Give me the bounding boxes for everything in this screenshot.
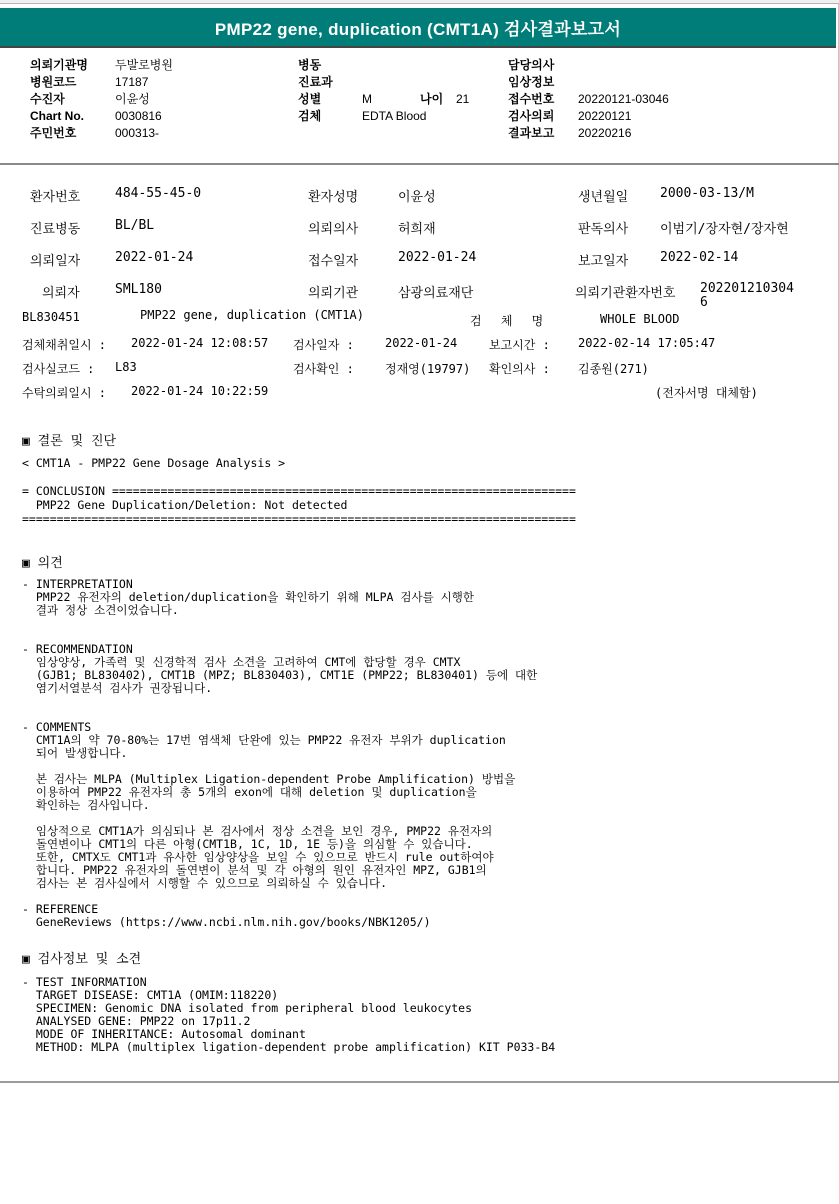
header-col-3: 담당의사 임상정보 접수번호 20220121-03046 검사의뢰 20220… bbox=[508, 56, 669, 141]
chart-no-label: Chart No. bbox=[30, 109, 115, 123]
care-ward-value: BL/BL bbox=[115, 218, 154, 233]
header-row: 검사의뢰 20220121 bbox=[508, 107, 669, 124]
specimen-name-label: 검 체 명 bbox=[470, 312, 549, 329]
header-row: 진료과 bbox=[298, 73, 469, 90]
opinion-body: - INTERPRETATION PMP22 유전자의 deletion/dup… bbox=[22, 578, 537, 929]
test-name: PMP22 gene, duplication (CMT1A) bbox=[140, 308, 364, 322]
report-time-label: 보고시간 : bbox=[489, 336, 550, 353]
lab-code-value: L83 bbox=[115, 360, 137, 374]
examinee-label: 수진자 bbox=[30, 90, 115, 107]
header-row: 담당의사 bbox=[508, 56, 669, 73]
institution-patient-no-label: 의뢰기관환자번호 bbox=[575, 282, 675, 301]
header-row: 병동 bbox=[298, 56, 469, 73]
collected-datetime-label: 검체채취일시 : bbox=[22, 336, 106, 353]
result-report-label: 결과보고 bbox=[508, 124, 578, 141]
top-border-line bbox=[0, 3, 839, 4]
resident-no-value: 000313- bbox=[115, 126, 159, 140]
header-row: 의뢰기관명 두발로병원 bbox=[30, 56, 173, 73]
conclusion-heading: ▣ 결론 및 진단 bbox=[22, 430, 116, 449]
conclusion-body: < CMT1A - PMP22 Gene Dosage Analysis > =… bbox=[22, 456, 576, 526]
test-verifier-label: 검사확인 : bbox=[293, 360, 354, 377]
test-date-value: 2022-01-24 bbox=[385, 336, 457, 350]
clinical-info-label: 임상정보 bbox=[508, 73, 578, 90]
test-code: BL830451 bbox=[22, 310, 80, 324]
header-row: 결과보고 20220216 bbox=[508, 124, 669, 141]
patient-row-4: 의뢰자 SML180 의뢰기관 삼광의료재단 의뢰기관환자번호 20220121… bbox=[0, 282, 839, 300]
bottom-border-line bbox=[0, 1081, 839, 1083]
requesting-institution-label: 의뢰기관 bbox=[308, 282, 358, 301]
sex-label: 성별 bbox=[298, 90, 362, 107]
header-row: 임상정보 bbox=[508, 73, 669, 90]
patient-no-value: 484-55-45-0 bbox=[115, 186, 201, 201]
institution-patient-no-value: 2022012103046 bbox=[700, 282, 795, 310]
specimen-type-value: EDTA Blood bbox=[362, 109, 426, 123]
examinee-value: 이윤성 bbox=[115, 90, 150, 107]
reading-doctor-value: 이범기/장자현/장자현 bbox=[660, 218, 789, 237]
header-row: 주민번호 000313- bbox=[30, 124, 173, 141]
care-ward-label: 진료병동 bbox=[30, 218, 80, 237]
birth-date-value: 2000-03-13/M bbox=[660, 186, 754, 201]
specimen-name-value: WHOLE BLOOD bbox=[600, 312, 679, 326]
ward-label: 병동 bbox=[298, 56, 362, 73]
specimen-type-label: 검체 bbox=[298, 107, 362, 124]
patient-name-label: 환자성명 bbox=[308, 186, 358, 205]
title-bar: PMP22 gene, duplication (CMT1A) 검사결과보고서 bbox=[0, 8, 836, 48]
result-report-value: 20220216 bbox=[578, 126, 631, 140]
hospital-code-value: 17187 bbox=[115, 75, 148, 89]
header-row: 성별 M 나이 21 bbox=[298, 90, 469, 107]
referring-doctor-value: 허희재 bbox=[398, 218, 436, 237]
lab-code-label: 검사실코드 : bbox=[22, 360, 94, 377]
report-date-label: 보고일자 bbox=[578, 250, 628, 269]
requesting-org-value: 두발로병원 bbox=[115, 56, 173, 73]
test-request-label: 검사의뢰 bbox=[508, 107, 578, 124]
request-date-label: 의뢰일자 bbox=[30, 250, 80, 269]
consignment-request-label: 수탁의뢰일시 : bbox=[22, 384, 106, 401]
requester-label: 의뢰자 bbox=[42, 282, 80, 301]
requesting-institution-value: 삼광의료재단 bbox=[398, 282, 473, 301]
test-request-value: 20220121 bbox=[578, 109, 631, 123]
header-row: 검체 EDTA Blood bbox=[298, 107, 469, 124]
receipt-date-label: 접수일자 bbox=[308, 250, 358, 269]
chart-no-value: 0030816 bbox=[115, 109, 162, 123]
attending-doctor-label: 담당의사 bbox=[508, 56, 578, 73]
header-row: Chart No. 0030816 bbox=[30, 107, 173, 124]
hospital-code-label: 병원코드 bbox=[30, 73, 115, 90]
patient-no-label: 환자번호 bbox=[30, 186, 80, 205]
patient-name-value: 이윤성 bbox=[398, 186, 436, 205]
patient-row-1: 환자번호 484-55-45-0 환자성명 이윤성 생년월일 2000-03-1… bbox=[0, 186, 839, 204]
requester-value: SML180 bbox=[115, 282, 162, 297]
header-col-1: 의뢰기관명 두발로병원 병원코드 17187 수진자 이윤성 Chart No.… bbox=[30, 56, 173, 141]
header-row: 수진자 이윤성 bbox=[30, 90, 173, 107]
header-row: 접수번호 20220121-03046 bbox=[508, 90, 669, 107]
test-info-body: - TEST INFORMATION TARGET DISEASE: CMT1A… bbox=[22, 976, 555, 1054]
report-time-value: 2022-02-14 17:05:47 bbox=[578, 336, 715, 350]
patient-row-2: 진료병동 BL/BL 의뢰의사 허희재 판독의사 이범기/장자현/장자현 bbox=[0, 218, 839, 236]
age-label: 나이 bbox=[420, 90, 456, 107]
consignment-request-value: 2022-01-24 10:22:59 bbox=[131, 384, 268, 398]
resident-no-label: 주민번호 bbox=[30, 124, 115, 141]
birth-date-label: 생년월일 bbox=[578, 186, 628, 205]
report-date-value: 2022-02-14 bbox=[660, 250, 738, 265]
department-label: 진료과 bbox=[298, 73, 362, 90]
collected-datetime-value: 2022-01-24 12:08:57 bbox=[131, 336, 268, 350]
header-row: 병원코드 17187 bbox=[30, 73, 173, 90]
header-col-2: 병동 진료과 성별 M 나이 21 검체 EDTA Blood bbox=[298, 56, 469, 124]
reading-doctor-label: 판독의사 bbox=[578, 218, 628, 237]
opinion-heading: ▣ 의견 bbox=[22, 552, 63, 571]
accession-no-value: 20220121-03046 bbox=[578, 92, 669, 106]
request-date-value: 2022-01-24 bbox=[115, 250, 193, 265]
confirming-doctor-value: 김종원(271) bbox=[578, 360, 649, 377]
report-title: PMP22 gene, duplication (CMT1A) 검사결과보고서 bbox=[215, 15, 621, 40]
lab-report-page: PMP22 gene, duplication (CMT1A) 검사결과보고서 … bbox=[0, 0, 839, 1204]
age-value: 21 bbox=[456, 92, 469, 106]
sex-value: M bbox=[362, 92, 420, 106]
accession-no-label: 접수번호 bbox=[508, 90, 578, 107]
confirming-doctor-label: 확인의사 : bbox=[489, 360, 550, 377]
section-divider bbox=[0, 163, 839, 165]
esign-note: (전자서명 대체함) bbox=[655, 384, 758, 401]
receipt-date-value: 2022-01-24 bbox=[398, 250, 476, 265]
test-date-label: 검사일자 : bbox=[293, 336, 354, 353]
test-info-heading: ▣ 검사정보 및 소견 bbox=[22, 948, 141, 967]
test-verifier-value: 정재영(19797) bbox=[385, 360, 470, 377]
patient-row-3: 의뢰일자 2022-01-24 접수일자 2022-01-24 보고일자 202… bbox=[0, 250, 839, 268]
referring-doctor-label: 의뢰의사 bbox=[308, 218, 358, 237]
requesting-org-label: 의뢰기관명 bbox=[30, 56, 115, 73]
